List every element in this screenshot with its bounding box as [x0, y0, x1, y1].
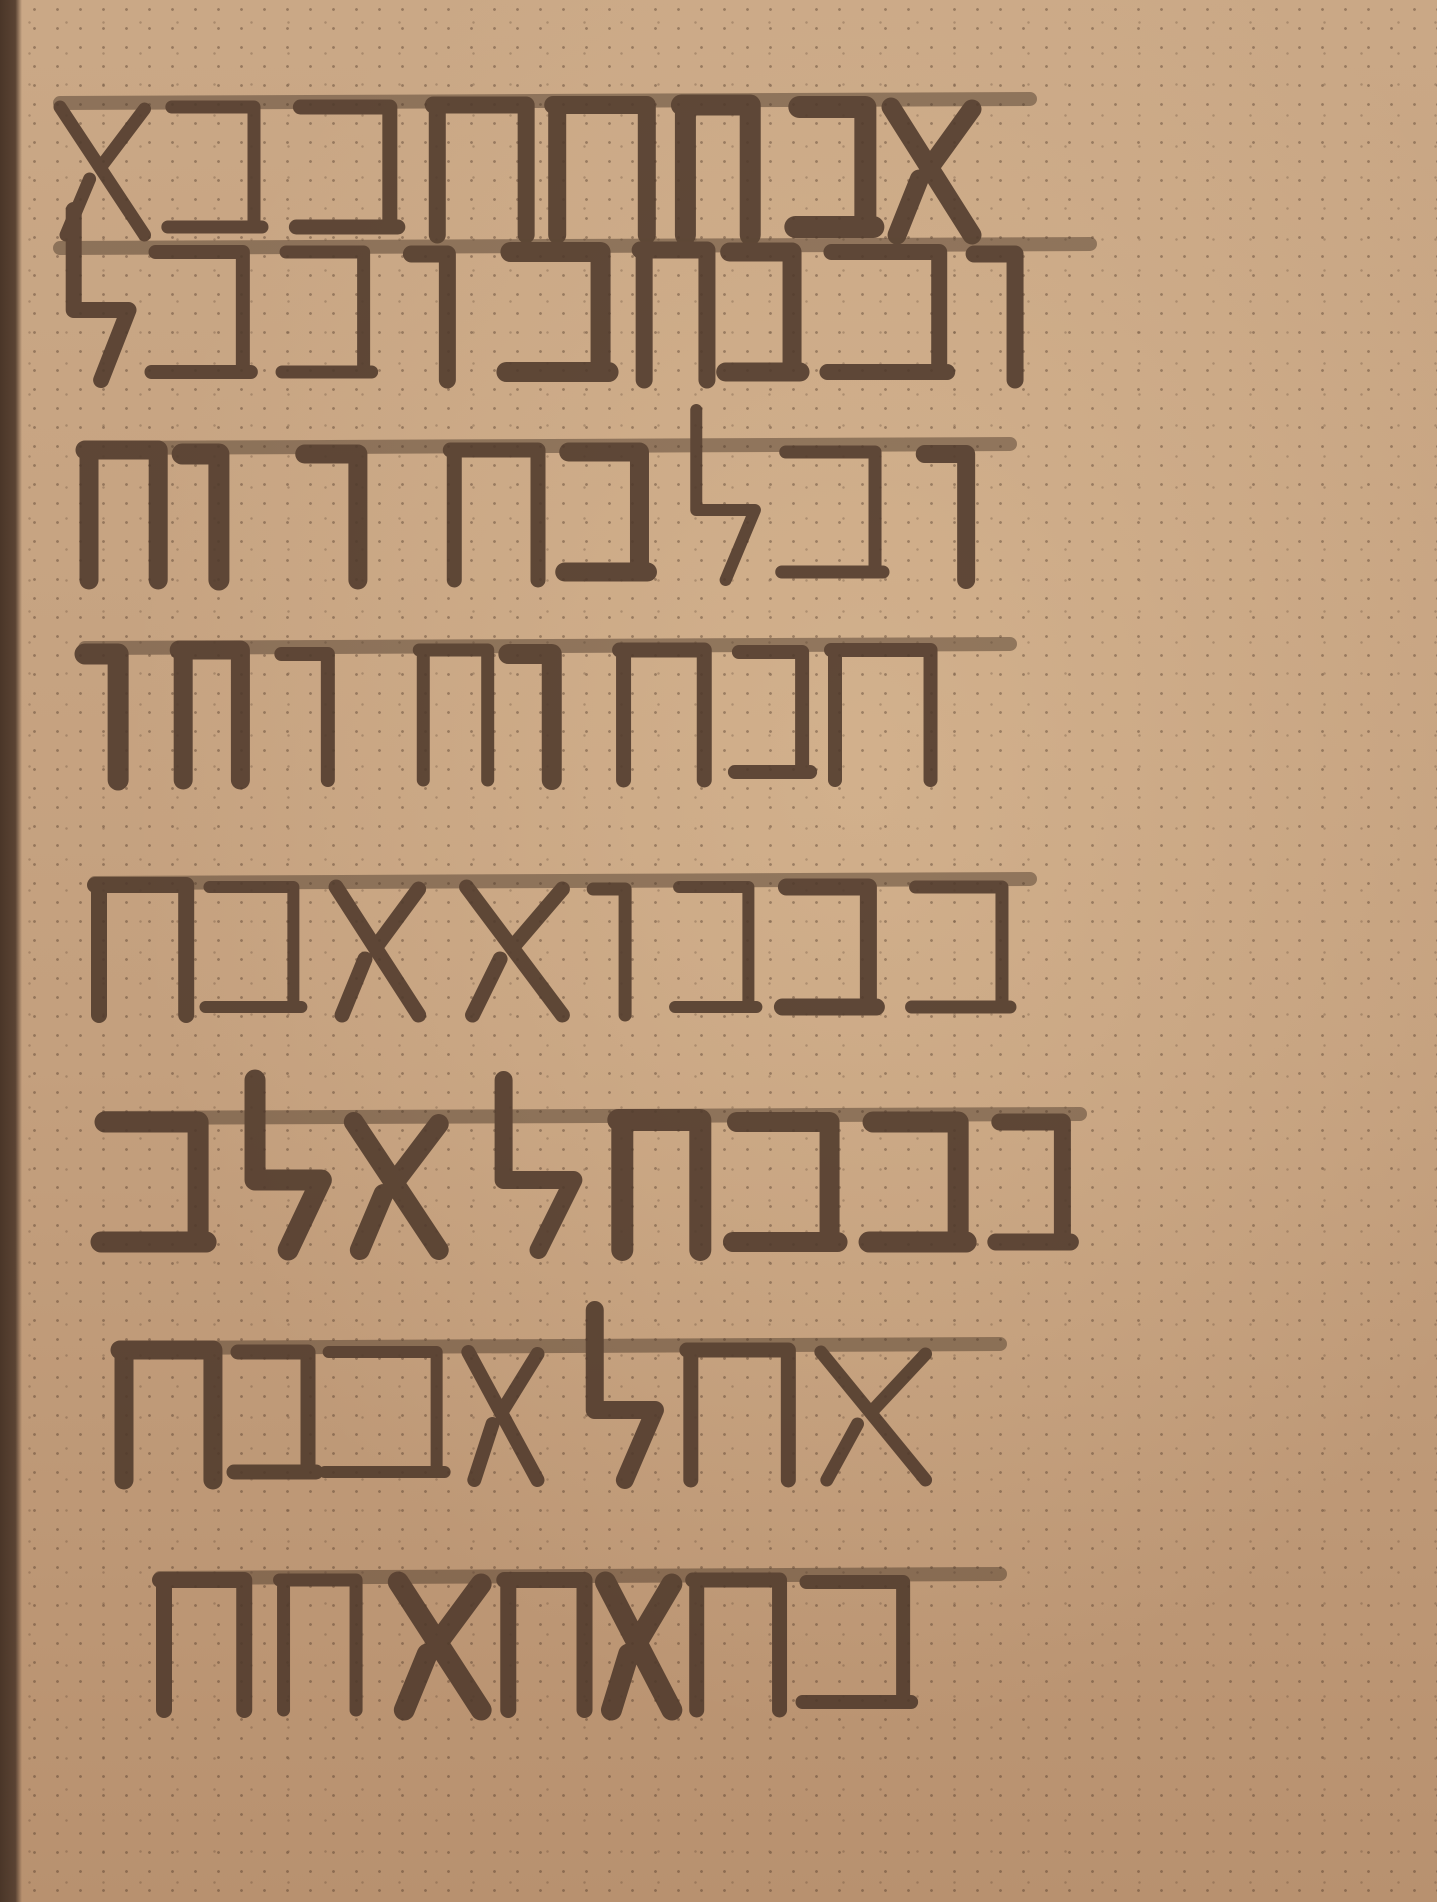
inscription-strokes: [0, 0, 1437, 1902]
inscribed-stone: Weathered stone inscription in square sc…: [0, 0, 1437, 1902]
inscription-lines: [0, 0, 1437, 1902]
